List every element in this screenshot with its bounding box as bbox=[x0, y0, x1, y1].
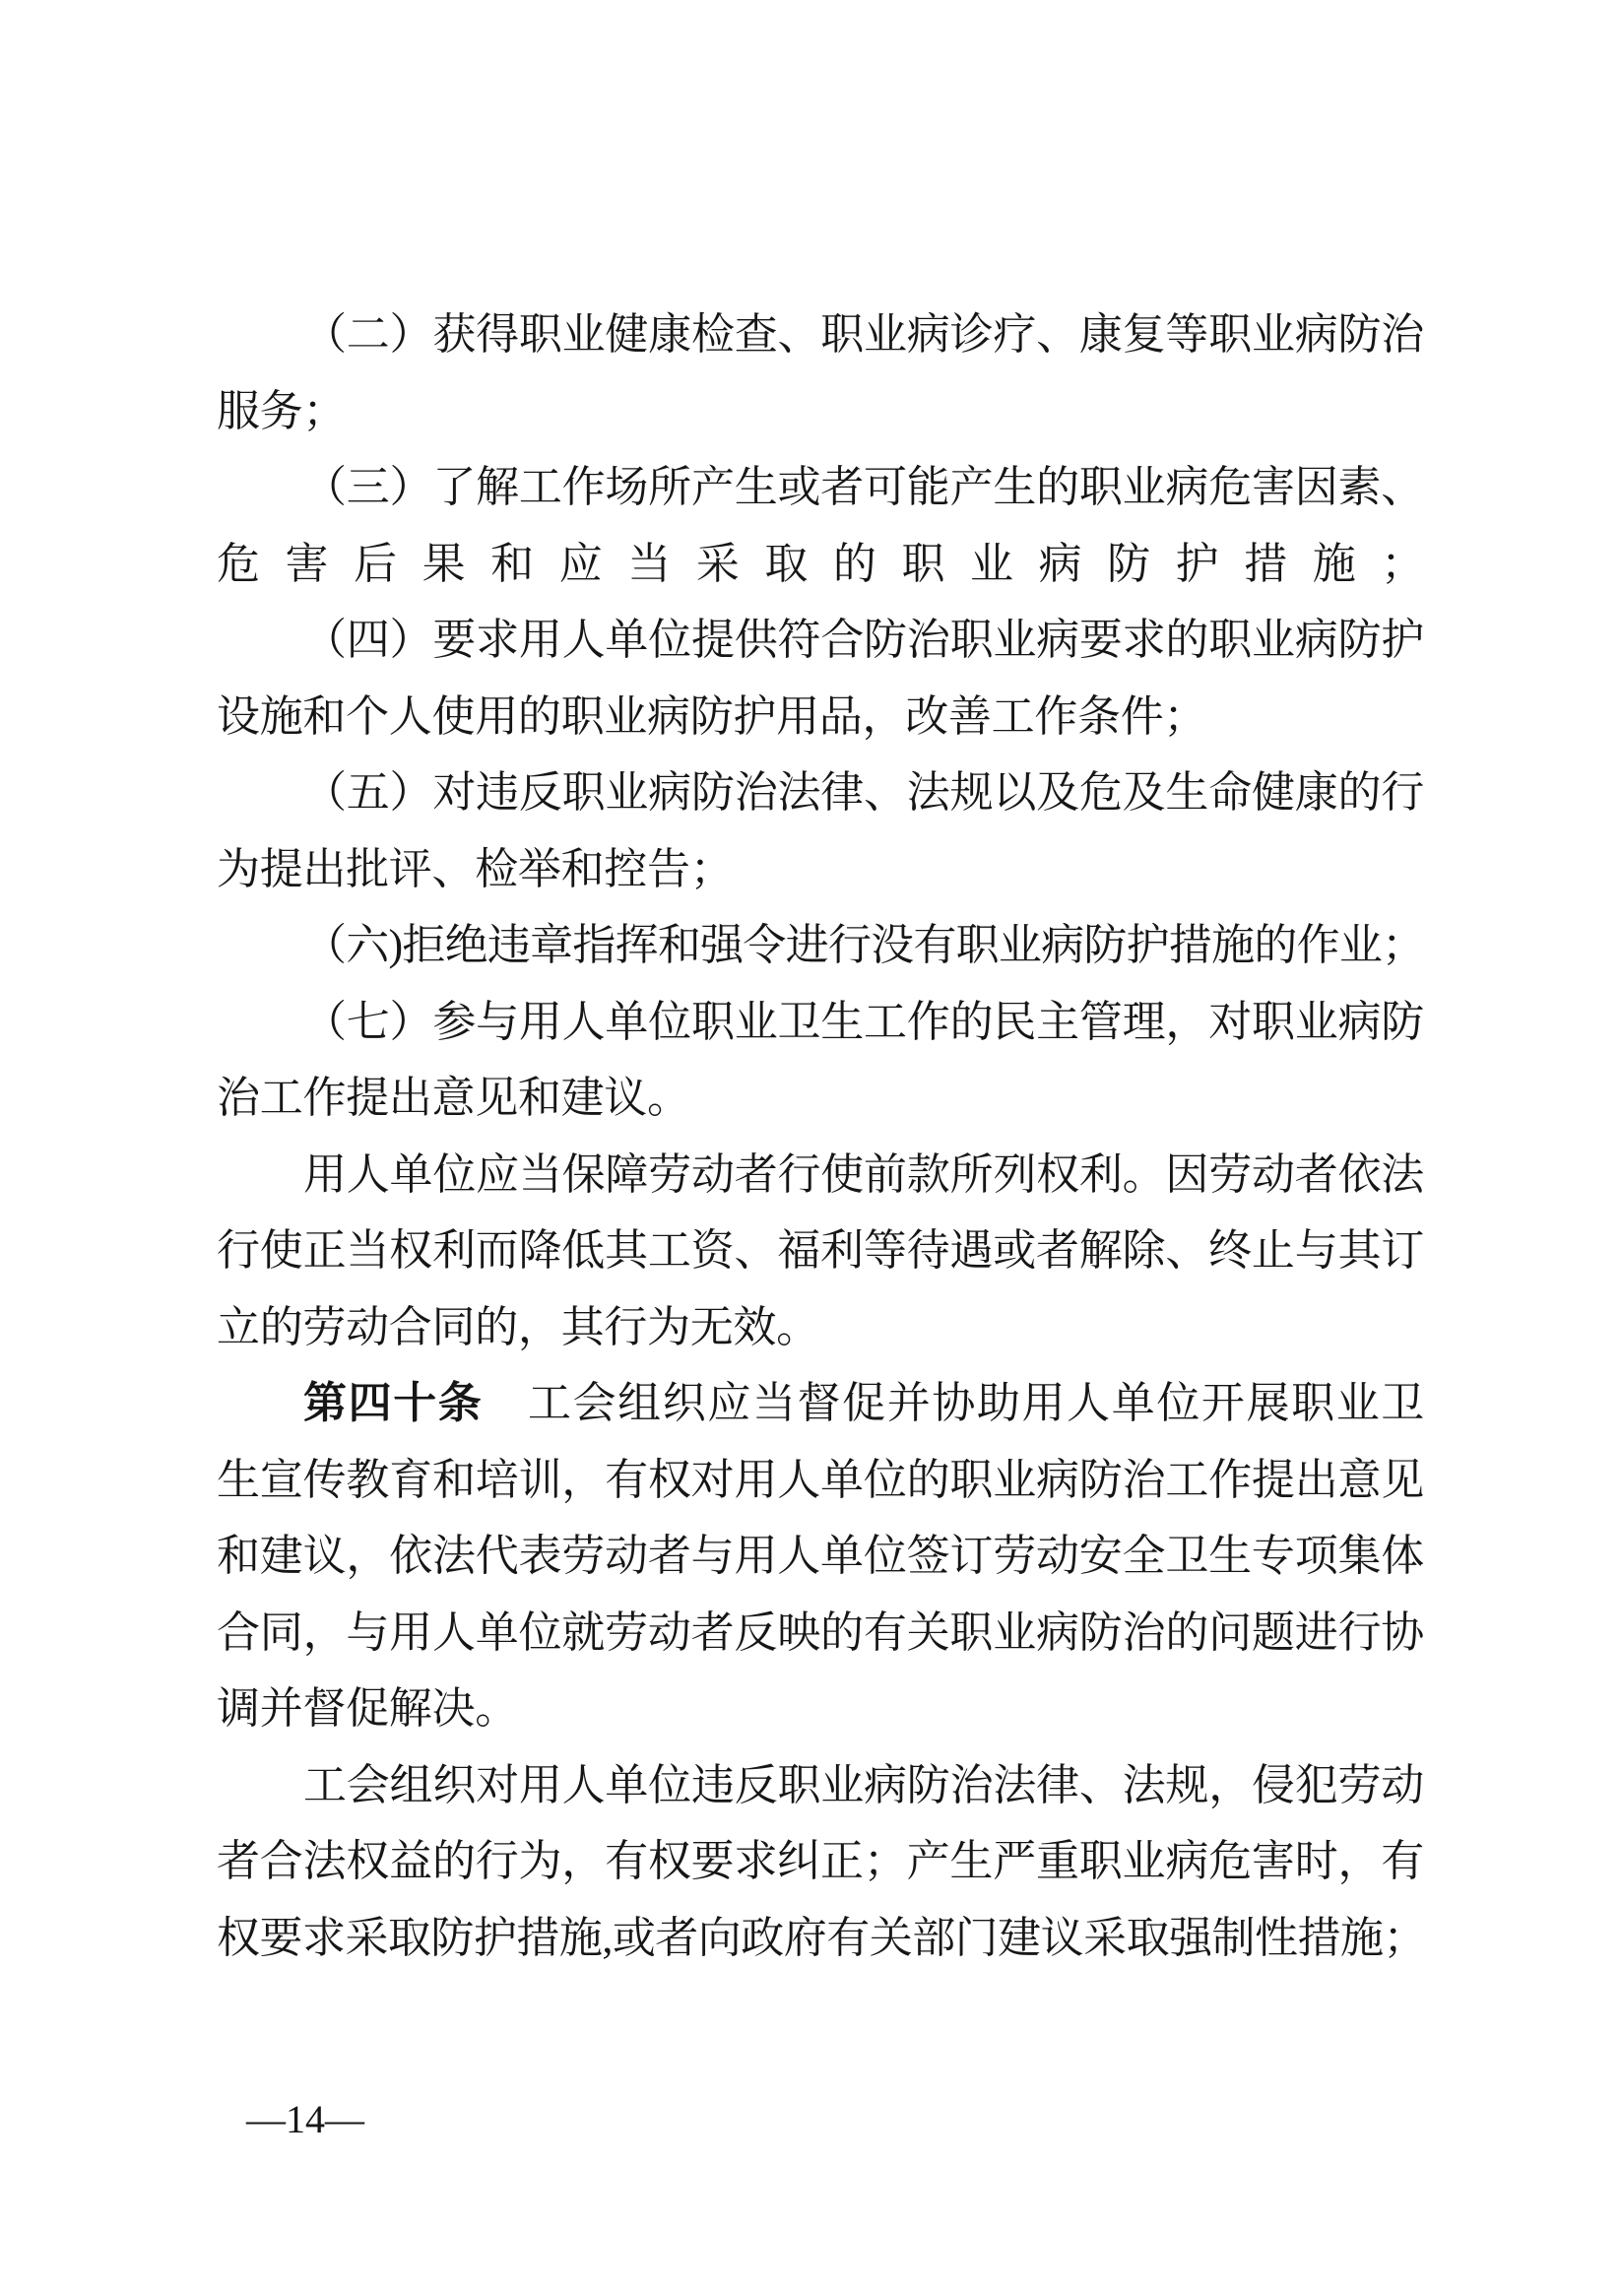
text-line: 治工作提出意见和建议。 bbox=[217, 1060, 1424, 1137]
text-line: （五）对违反职业病防治法律、法规以及危及生命健康的行 bbox=[217, 754, 1424, 831]
text-line: （四）要求用人单位提供符合防治职业病要求的职业病防护 bbox=[217, 602, 1424, 679]
text-line: （七）参与用人单位职业卫生工作的民主管理，对职业病防 bbox=[217, 984, 1424, 1061]
text-line: 设施和个人使用的职业病防护用品，改善工作条件； bbox=[217, 679, 1424, 755]
text-line: 立的劳动合同的，其行为无效。 bbox=[217, 1289, 1424, 1366]
text-line: 生宣传教育和培训，有权对用人单位的职业病防治工作提出意见 bbox=[217, 1442, 1424, 1519]
text-line: 服务； bbox=[217, 373, 1424, 450]
text-line: 用人单位应当保障劳动者行使前款所列权利。因劳动者依法 bbox=[217, 1137, 1424, 1214]
text-line: 合同，与用人单位就劳动者反映的有关职业病防治的问题进行协 bbox=[217, 1595, 1424, 1672]
text-line: 调并督促解决。 bbox=[217, 1671, 1424, 1747]
text-line: 工会组织对用人单位违反职业病防治法律、法规，侵犯劳动 bbox=[217, 1747, 1424, 1824]
page-number: —14— bbox=[246, 2098, 364, 2141]
text-line: （六)拒绝违章指挥和强令进行没有职业病防护措施的作业； bbox=[217, 907, 1424, 984]
article-number: 第四十条 bbox=[303, 1379, 483, 1427]
document-body: （二）获得职业健康检查、职业病诊疗、康复等职业病防治 服务； （三）了解工作场所… bbox=[217, 296, 1424, 1976]
text-line: （二）获得职业健康检查、职业病诊疗、康复等职业病防治 bbox=[217, 296, 1424, 373]
text-line: （三）了解工作场所产生或者可能产生的职业病危害因素、 bbox=[217, 449, 1424, 526]
text-line: 者合法权益的行为，有权要求纠正；产生严重职业病危害时，有 bbox=[217, 1823, 1424, 1900]
text-line: 和建议，依法代表劳动者与用人单位签订劳动安全卫生专项集体 bbox=[217, 1518, 1424, 1595]
text-line: 权要求采取防护措施,或者向政府有关部门建议采取强制性措施； bbox=[217, 1900, 1424, 1977]
article-first-line-text: 工会组织应当督促并协助用人单位开展职业卫 bbox=[483, 1379, 1424, 1427]
text-line: 第四十条 工会组织应当督促并协助用人单位开展职业卫 bbox=[217, 1365, 1424, 1442]
text-line: 危害后果和应当采取的职业病防护措施； bbox=[217, 526, 1424, 603]
text-line: 行使正当权利而降低其工资、福利等待遇或者解除、终止与其订 bbox=[217, 1213, 1424, 1289]
text-line: 为提出批评、检举和控告； bbox=[217, 831, 1424, 908]
document-page: （二）获得职业健康检查、职业病诊疗、康复等职业病防治 服务； （三）了解工作场所… bbox=[0, 0, 1621, 2296]
